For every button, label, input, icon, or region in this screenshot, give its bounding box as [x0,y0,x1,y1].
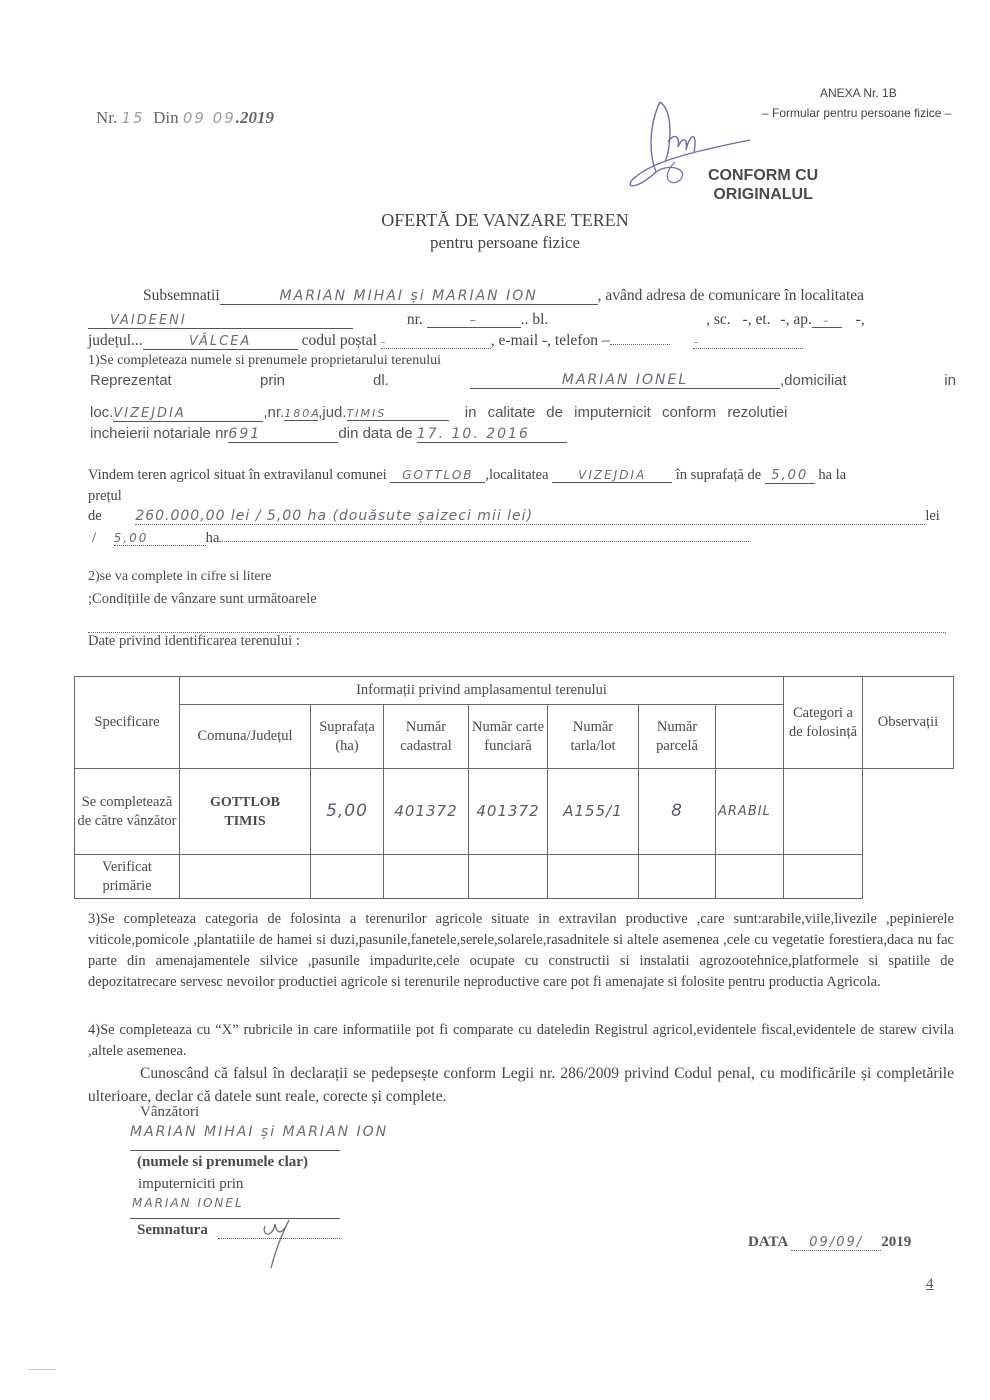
date-identificare-label: Date privind identificarea terenului : [88,633,300,650]
loc-nr-field[interactable]: 180A [284,407,318,421]
row-comuna[interactable]: GOTTLOB TIMIS [180,769,311,855]
row-categoria[interactable]: ARABIL [716,769,784,855]
page-subtitle: pentru persoane fizice [0,233,990,253]
row-specificare: Verificat primărie [75,855,180,899]
formular-label: – Formular pentru persoane fizice – [762,106,951,120]
header-cadastral: Număr cadastral [384,705,469,769]
anexa-label: ANEXA Nr. 1B [820,86,897,100]
land-identification-table: Specificare Informații privind amplasame… [74,676,954,899]
note-4: 4)Se completeaza cu “X” rubricile in car… [88,1020,954,1062]
header-tarla: Număr tarla/lot [548,705,639,769]
suprafata-field[interactable]: 5,00 [765,468,815,484]
row-specificare: Se completează de către vânzător [75,769,180,855]
conditii-field[interactable] [88,620,946,633]
owner-names-field[interactable]: MARIAN MIHAI și MARIAN ION [220,288,598,305]
row-cadastral[interactable] [384,855,469,899]
owner-line-1: SubsemnatiiMARIAN MIHAI și MARIAN ION, a… [143,287,864,305]
address-nr-field[interactable]: – [427,313,521,328]
conditii-label: ;Condițiile de vânzare sunt următoarele [88,591,317,608]
sale-footnote: 2)se va complete in cifre si litere [88,569,271,585]
representative-line-3: incheierii notariale nr691din data de 17… [90,425,567,443]
localitatea-field[interactable]: VIZEJDIA [552,468,672,483]
localitate-field[interactable]: VAIDEENI [88,313,353,329]
header-categoria: Categori a de folosință [784,677,863,769]
sale-line-price: de 260.000,00 lei / 5,00 ha (douăsute șa… [88,508,940,525]
signature-date-field[interactable]: 09/09/ [791,1235,881,1251]
representative-line-2: loc.VIZEJDIA,nr.180A,jud.TIMIS in calita… [90,404,787,422]
header-group-amplasament: Informații privind amplasamentul terenul… [180,677,784,705]
document-date-value[interactable]: 09 09 [183,109,236,127]
table-row: Se completează de către vânzător GOTTLOB… [75,769,954,855]
vanzatori-label: Vânzători [140,1104,199,1121]
row-suprafata[interactable]: 5,00 [311,769,384,855]
conform-stamp: CONFORM CU ORIGINALUL [708,166,818,204]
comuna-field[interactable]: GOTTLOB [390,468,485,483]
row-parcela[interactable]: 8 [639,769,716,855]
header-suprafata: Suprafața (ha) [311,705,384,769]
sale-line-per-ha: / 5,00ha [92,530,749,547]
declaration-text: Cunoscând că falsul în declarații se ped… [88,1062,954,1108]
document-number: Nr. 15 Din 09 09.2019 [96,108,274,128]
price-field[interactable]: 260.000,00 lei / 5,00 ha (douăsute șaize… [135,508,925,525]
row-comuna[interactable] [180,855,311,899]
row-categoria[interactable] [716,855,784,899]
signature-icon [255,1212,305,1272]
owner-footnote: 1)Se completeaza numele si prenumele pro… [88,353,441,369]
note-3: 3)Se completeaza categoria de folosinta … [88,909,954,993]
representative-line-1: Reprezentat prin dl. MARIAN IONEL ,domic… [90,372,956,389]
jud-field[interactable]: TIMIS [347,407,449,421]
owner-line-3: județul...VÂLCEA codul poștal –, e-mail … [88,332,803,350]
semnatura-label: Semnatura [137,1222,208,1239]
loc-field[interactable]: VIZEJDIA [113,406,263,422]
page-number: 4 [926,1276,934,1293]
vanzatori-names-field[interactable]: MARIAN MIHAI și MARIAN ION [130,1124,388,1140]
imputernicit-name-field[interactable]: MARIAN IONEL [132,1196,244,1210]
header-parcela: Număr parcelă [639,705,716,769]
row-observatii[interactable] [784,769,863,855]
incheiere-nr-field[interactable]: 691 [228,426,338,443]
ap-field[interactable]: – [812,314,842,328]
row-cadastral[interactable]: 401372 [384,769,469,855]
header-observatii: Observații [863,677,954,769]
row-observatii[interactable] [784,855,863,899]
sale-line-1: Vindem teren agricol situat în extravila… [88,467,846,484]
row-parcela[interactable] [639,855,716,899]
representative-name-field[interactable]: MARIAN IONEL [470,372,780,389]
row-carte[interactable]: 401372 [469,769,548,855]
telefon-extra-field[interactable]: – [693,337,803,349]
judet-field[interactable]: VÂLCEA [143,334,298,350]
header-comuna: Comuna/Județul [180,705,311,769]
owner-line-2: VAIDEENI nr. –.. bl. , sc. -, et. -, ap.… [88,311,865,329]
imputerniciti-label: imputerniciti prin [138,1176,243,1193]
table-row: Verificat primărie [75,855,954,899]
per-ha-field[interactable]: 5,00 [114,531,206,546]
pretul-label: prețul [88,488,122,505]
header-carte: Număr carte funciară [469,705,548,769]
document-number-value[interactable]: 15 [122,109,145,127]
telefon-field[interactable] [610,344,670,345]
row-suprafata[interactable] [311,855,384,899]
row-carte[interactable] [469,855,548,899]
header-specificare: Specificare [75,677,180,769]
incheiere-date-field[interactable]: 17. 10. 2016 [417,426,567,443]
page-title: OFERTĂ DE VANZARE TEREN [0,210,990,231]
row-tarla[interactable] [548,855,639,899]
clar-label: (numele si prenumele clar) [137,1154,308,1171]
row-tarla[interactable]: A155/1 [548,769,639,855]
date-signature: DATA 09/09/2019 [748,1234,911,1251]
cod-postal-field[interactable]: – [381,337,491,349]
